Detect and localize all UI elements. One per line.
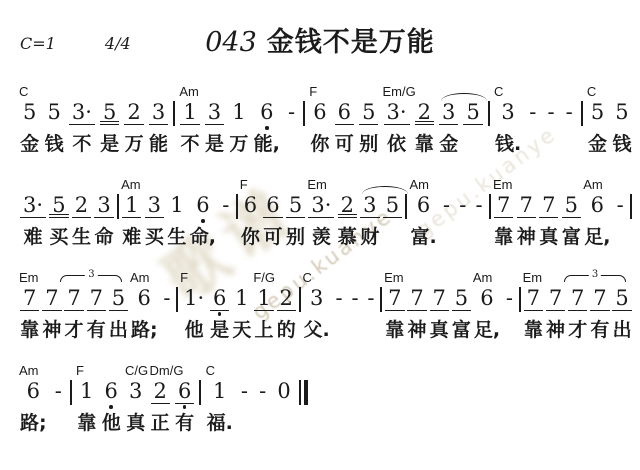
note: 7 <box>42 287 61 311</box>
note-token: 5别 <box>286 177 305 248</box>
note: 5 <box>612 287 631 311</box>
lyric-syllable: 出 <box>613 319 632 341</box>
lyric-syllable: 父. <box>304 319 330 341</box>
lyric-syllable: 财 <box>360 226 379 248</box>
note: 3 <box>360 194 379 218</box>
note: 7 <box>430 287 449 311</box>
lyric-syllable: 才 <box>568 319 587 341</box>
note-token: Em/G3·依 <box>384 84 410 155</box>
chord-label: Em <box>493 177 513 192</box>
note-token: C5金 <box>20 84 39 155</box>
lyric-syllable: 真 <box>539 226 558 248</box>
note-token: 6他 <box>102 363 121 434</box>
dot-spacer <box>563 125 576 132</box>
lyric-syllable: 靠 <box>385 319 404 341</box>
dot-spacer <box>359 125 378 132</box>
chord-label: C/G <box>125 363 148 378</box>
lyric-syllable: 能 <box>149 133 168 155</box>
note: 3 <box>205 101 224 125</box>
chord-label: Am <box>583 177 603 192</box>
system-3: Em7靠7神37才7有5出Am6路;-F1·他6是1天F/G1上2的C3父.--… <box>20 270 632 341</box>
note-token: - <box>364 270 377 318</box>
note: 2 <box>415 101 434 125</box>
lyric-syllable: 金 <box>588 133 607 155</box>
lyric-syllable: 买 <box>49 226 68 248</box>
barline <box>173 101 175 126</box>
note: 5 <box>44 101 63 125</box>
note-token: 37才 <box>64 270 83 341</box>
note-token: Am1不 <box>180 84 199 155</box>
note-token: 37才 <box>568 270 587 341</box>
chord-label: F/G <box>253 270 275 285</box>
note: 3 <box>94 194 113 218</box>
dot-spacer <box>70 405 72 412</box>
note-token: 3是 <box>205 84 224 155</box>
chord-label: Am <box>473 270 493 285</box>
note-token: - <box>238 363 251 411</box>
chord-label: Em/G <box>383 84 416 99</box>
dot-spacer <box>415 125 434 132</box>
dot-spacer <box>229 125 248 132</box>
dot-spacer <box>180 125 199 132</box>
dot-spacer <box>568 311 587 318</box>
note: - <box>563 101 576 125</box>
note-token: - <box>503 270 516 318</box>
lyric-syllable: 出 <box>109 319 128 341</box>
dot-spacer <box>452 311 471 318</box>
lyric-syllable: 他 <box>102 412 121 434</box>
dot-spacer <box>495 125 521 132</box>
lyric-syllable: 万 <box>125 133 144 155</box>
note: 5 <box>109 287 128 311</box>
barline <box>581 101 583 126</box>
chord-label: C <box>303 270 312 285</box>
note: - <box>219 194 232 218</box>
lyric-syllable: 别 <box>359 133 378 155</box>
note-token: 3金 <box>439 84 458 155</box>
note: - <box>348 287 361 311</box>
dot-spacer <box>173 126 175 133</box>
dot-spacer <box>612 311 631 318</box>
dot-spacer <box>151 404 170 411</box>
note-token: - <box>160 270 173 318</box>
note-token: 5别 <box>359 84 378 155</box>
note-token: 7有 <box>590 270 609 341</box>
note: 2 <box>338 194 357 218</box>
barline-token <box>519 270 521 319</box>
barline-token <box>176 270 178 319</box>
note-token: Am6足, <box>584 177 610 248</box>
barline-token <box>630 177 632 226</box>
dot-spacer <box>72 218 91 225</box>
note: 5 <box>359 101 378 125</box>
chord-label: Am <box>130 270 150 285</box>
dot-spacer <box>236 219 238 226</box>
barline <box>630 194 632 219</box>
chord-label: Am <box>179 84 199 99</box>
lyric-syllable: 天 <box>232 319 251 341</box>
note: 7 <box>590 287 609 311</box>
barline-token <box>173 84 175 133</box>
dot-spacer <box>407 311 426 318</box>
barline <box>70 380 72 405</box>
note: 2 <box>151 380 170 404</box>
dot-spacer <box>380 312 382 319</box>
note: - <box>256 380 269 404</box>
lyric-syllable: 足, <box>584 226 610 248</box>
note-token: Am6富. <box>410 177 436 248</box>
lyric-syllable: 生 <box>72 226 91 248</box>
note-token: 7神 <box>546 270 565 341</box>
dot-spacer <box>77 404 96 411</box>
dot-spacer <box>122 218 141 225</box>
note-token: 3命 <box>94 177 113 248</box>
lyric-syllable: 羡 <box>312 226 331 248</box>
note: - <box>456 194 469 218</box>
lyric-syllable: 靠 <box>20 319 39 341</box>
note-token: - <box>348 270 361 318</box>
dot-spacer <box>494 218 513 225</box>
dot-spacer <box>160 311 173 318</box>
chord-label: Em <box>19 270 39 285</box>
lyric-syllable: 富 <box>452 319 471 341</box>
dot-spacer <box>176 312 178 319</box>
note: 6 <box>588 194 607 218</box>
lyric-syllable: 有 <box>590 319 609 341</box>
note-token: Em7靠 <box>20 270 39 341</box>
note-token: Am6路; <box>131 270 158 341</box>
note-token: 6可 <box>335 84 354 155</box>
note: - <box>503 287 516 311</box>
chord-label: F <box>240 177 248 192</box>
note: 5 <box>100 101 119 125</box>
lyric-syllable: 真 <box>126 412 145 434</box>
note-token: C3钱. <box>495 84 521 155</box>
note-token: 1天 <box>232 270 251 341</box>
lyric-syllable: 生 <box>167 226 186 248</box>
note-token: Em7靠 <box>385 270 404 341</box>
note-token: - <box>526 84 539 132</box>
note: 7 <box>568 287 587 311</box>
note-token: - <box>440 177 453 225</box>
note-token: 7神 <box>517 177 536 248</box>
dot-spacer <box>612 125 631 132</box>
note: 2 <box>277 287 296 311</box>
chord-label: Em <box>523 270 543 285</box>
lyric-syllable: 路; <box>131 319 158 341</box>
barline <box>489 194 491 219</box>
note: 5 <box>286 194 305 218</box>
dot-spacer <box>286 218 305 225</box>
note: 5 <box>452 287 471 311</box>
chord-label: C <box>206 363 215 378</box>
dot-spacer <box>430 311 449 318</box>
barline-token <box>117 177 119 226</box>
dot-spacer <box>360 218 379 225</box>
dot-spacer <box>517 218 536 225</box>
note: - <box>52 380 65 404</box>
note-token: F6你 <box>310 84 329 155</box>
low-octave-dot <box>175 404 194 411</box>
note-token: 3·不 <box>69 84 95 155</box>
note: 7 <box>517 194 536 218</box>
note: 6 <box>241 194 260 218</box>
barline-token <box>581 84 583 133</box>
barline <box>176 287 178 312</box>
dot-spacer <box>131 311 158 318</box>
dot-spacer <box>440 218 453 225</box>
lyric-syllable: 有 <box>87 319 106 341</box>
lyric-syllable: 你 <box>241 226 260 248</box>
barline-token <box>488 84 490 133</box>
song-number: 043 <box>205 27 257 58</box>
note: 1 <box>254 287 273 311</box>
chord-label: Em <box>307 177 327 192</box>
system-4: Am6路;-F1靠6他C/G3真Dm/G2正6有C1福.--0 <box>20 363 308 434</box>
lyric-syllable: 神 <box>517 226 536 248</box>
note: 7 <box>407 287 426 311</box>
lyric-syllable: 靠 <box>415 133 434 155</box>
dot-spacer <box>20 125 39 132</box>
note: 6 <box>24 380 43 404</box>
sheet-page: 歌谱 gepu.kuanye gepu.kuanye C=1 4/4 043金钱… <box>0 0 640 470</box>
note: 3 <box>439 101 458 125</box>
note: 1 <box>210 380 229 404</box>
dot-spacer <box>149 125 168 132</box>
note-token: - <box>563 84 576 132</box>
dot-spacer <box>463 125 482 132</box>
note-token: 2靠 <box>415 84 434 155</box>
note-token: 7神 <box>42 270 61 341</box>
dot-spacer <box>489 219 491 226</box>
lyric-syllable: 能, <box>254 133 280 155</box>
low-octave-dot <box>190 218 216 225</box>
barline <box>380 287 382 312</box>
note-token: - <box>333 270 346 318</box>
note-token: Em7靠 <box>494 177 513 248</box>
lyric-syllable: 足, <box>474 319 500 341</box>
note: 5 <box>562 194 581 218</box>
dot-spacer <box>181 311 207 318</box>
dot-spacer <box>285 125 298 132</box>
lyric-syllable: 正 <box>151 412 170 434</box>
dot-spacer <box>94 218 113 225</box>
dot-spacer <box>581 126 583 133</box>
lyric-syllable: 才 <box>65 319 84 341</box>
dot-spacer <box>456 218 469 225</box>
note-token: Am1难 <box>122 177 141 248</box>
chord-label: Am <box>19 363 39 378</box>
lyric-syllable: 难 <box>24 226 43 248</box>
dot-spacer <box>52 404 65 411</box>
note: - <box>160 287 173 311</box>
note-token: 2生 <box>72 177 91 248</box>
note-token: F1·他 <box>181 270 207 341</box>
dot-spacer <box>167 218 186 225</box>
note-token: 3·难 <box>20 177 46 248</box>
dot-spacer <box>335 125 354 132</box>
dot-spacer <box>238 404 251 411</box>
lyric-syllable: 金 <box>439 133 458 155</box>
note: 6 <box>193 194 212 218</box>
barline <box>303 101 305 126</box>
note: 6 <box>257 101 276 125</box>
dot-spacer <box>348 311 361 318</box>
note-token: 1万 <box>229 84 248 155</box>
note: - <box>440 194 453 218</box>
note-token: Am6路; <box>20 363 47 434</box>
dot-spacer <box>303 126 305 133</box>
lyric-syllable: 钱 <box>612 133 631 155</box>
note-token: 1生 <box>167 177 186 248</box>
lyric-syllable: 有 <box>175 412 194 434</box>
lyric-syllable: 买 <box>145 226 164 248</box>
note: 5 <box>463 101 482 125</box>
dot-spacer <box>584 218 610 225</box>
note-token: Dm/G2正 <box>151 363 170 434</box>
barline-token <box>236 177 238 226</box>
system-1: C5金5钱3·不5是2万3能Am1不3是1万6能,-F6你6可5别Em/G3·依… <box>20 84 632 155</box>
note: 3· <box>384 101 410 125</box>
note: 7 <box>546 287 565 311</box>
note-token: C5金 <box>588 84 607 155</box>
lyric-syllable: 钱. <box>495 133 521 155</box>
note: 6 <box>335 101 354 125</box>
chord-label: F <box>76 363 84 378</box>
dot-spacer <box>20 218 46 225</box>
note: 6 <box>175 380 194 404</box>
note-token: 0 <box>274 363 293 411</box>
note-token: 5 <box>463 84 482 132</box>
barline-token <box>380 270 382 319</box>
note: 3· <box>69 101 95 125</box>
dot-spacer <box>308 218 334 225</box>
dot-spacer <box>503 311 516 318</box>
lyric-syllable: 钱 <box>45 133 64 155</box>
note-token: 3买 <box>145 177 164 248</box>
dot-spacer <box>310 125 329 132</box>
note: - <box>544 101 557 125</box>
dot-spacer <box>219 218 232 225</box>
note: 7 <box>87 287 106 311</box>
chord-label: Am <box>409 177 429 192</box>
final-barline <box>299 380 308 405</box>
chord-label: C <box>19 84 28 99</box>
low-octave-dot <box>210 311 229 318</box>
lyric-syllable: 命, <box>190 226 216 248</box>
note-token: 5钱 <box>612 84 631 155</box>
note: - <box>472 194 485 218</box>
barline-token <box>299 363 308 412</box>
barline <box>519 287 521 312</box>
chord-label: F <box>180 270 188 285</box>
dot-spacer <box>519 312 521 319</box>
note: 6 <box>135 287 154 311</box>
note-token: 5 <box>383 177 402 225</box>
lyric-syllable: 富 <box>562 226 581 248</box>
dot-spacer <box>304 311 330 318</box>
lyric-syllable: 不 <box>181 133 200 155</box>
note-token: 6是 <box>210 270 229 341</box>
note: 7 <box>64 287 83 311</box>
note-token: - <box>456 177 469 225</box>
note-token: Am6足, <box>474 270 500 341</box>
note-token: - <box>614 177 627 225</box>
dot-spacer <box>100 125 119 132</box>
note: 6 <box>310 101 329 125</box>
dot-spacer <box>299 312 301 319</box>
dot-spacer <box>256 404 269 411</box>
barline-token <box>303 84 305 133</box>
note-token: Em7靠 <box>524 270 543 341</box>
note-token: 7有 <box>87 270 106 341</box>
dot-spacer <box>410 218 436 225</box>
chord-label: F <box>309 84 317 99</box>
dot-spacer <box>109 311 128 318</box>
note-token: F/G1上 <box>254 270 273 341</box>
dot-spacer <box>277 311 296 318</box>
note: 6 <box>414 194 433 218</box>
dot-spacer <box>69 125 95 132</box>
barline-token <box>299 270 301 319</box>
lyric-syllable: 金 <box>20 133 39 155</box>
lyric-syllable: 不 <box>72 133 91 155</box>
lyric-syllable: 可 <box>263 226 282 248</box>
dot-spacer <box>205 125 224 132</box>
dot-spacer <box>630 219 632 226</box>
dot-spacer <box>488 126 490 133</box>
dot-spacer <box>241 218 260 225</box>
chord-label: Am <box>121 177 141 192</box>
note-token: 7真 <box>430 270 449 341</box>
dot-spacer <box>546 311 565 318</box>
lyric-syllable: 神 <box>407 319 426 341</box>
dot-spacer <box>364 311 377 318</box>
dot-spacer <box>526 125 539 132</box>
note-token: F6你 <box>241 177 260 248</box>
note: 3· <box>20 194 46 218</box>
dot-spacer <box>64 311 83 318</box>
barline <box>488 101 490 126</box>
note-token: 5出 <box>109 270 128 341</box>
note: 6 <box>477 287 496 311</box>
note: 7 <box>524 287 543 311</box>
dot-spacer <box>274 404 293 411</box>
note: 5 <box>588 101 607 125</box>
note: - <box>364 287 377 311</box>
lyric-syllable: 可 <box>335 133 354 155</box>
note-token: 2慕 <box>338 177 357 248</box>
note-token: C1福. <box>207 363 233 434</box>
note: - <box>614 194 627 218</box>
note: 6 <box>102 380 121 404</box>
note: 3 <box>145 194 164 218</box>
note-token: 6能, <box>254 84 280 155</box>
note: 3 <box>149 101 168 125</box>
dot-spacer <box>20 311 39 318</box>
lyric-syllable: 靠 <box>524 319 543 341</box>
note: 2 <box>72 194 91 218</box>
note: 7 <box>494 194 513 218</box>
note-token: 5富 <box>452 270 471 341</box>
lyric-syllable: 别 <box>286 226 305 248</box>
note-token: - <box>544 84 557 132</box>
lyric-syllable: 神 <box>546 319 565 341</box>
barline-token <box>489 177 491 226</box>
note-token: 5买 <box>49 177 68 248</box>
lyric-syllable: 是 <box>205 133 224 155</box>
note: 2 <box>124 101 143 125</box>
